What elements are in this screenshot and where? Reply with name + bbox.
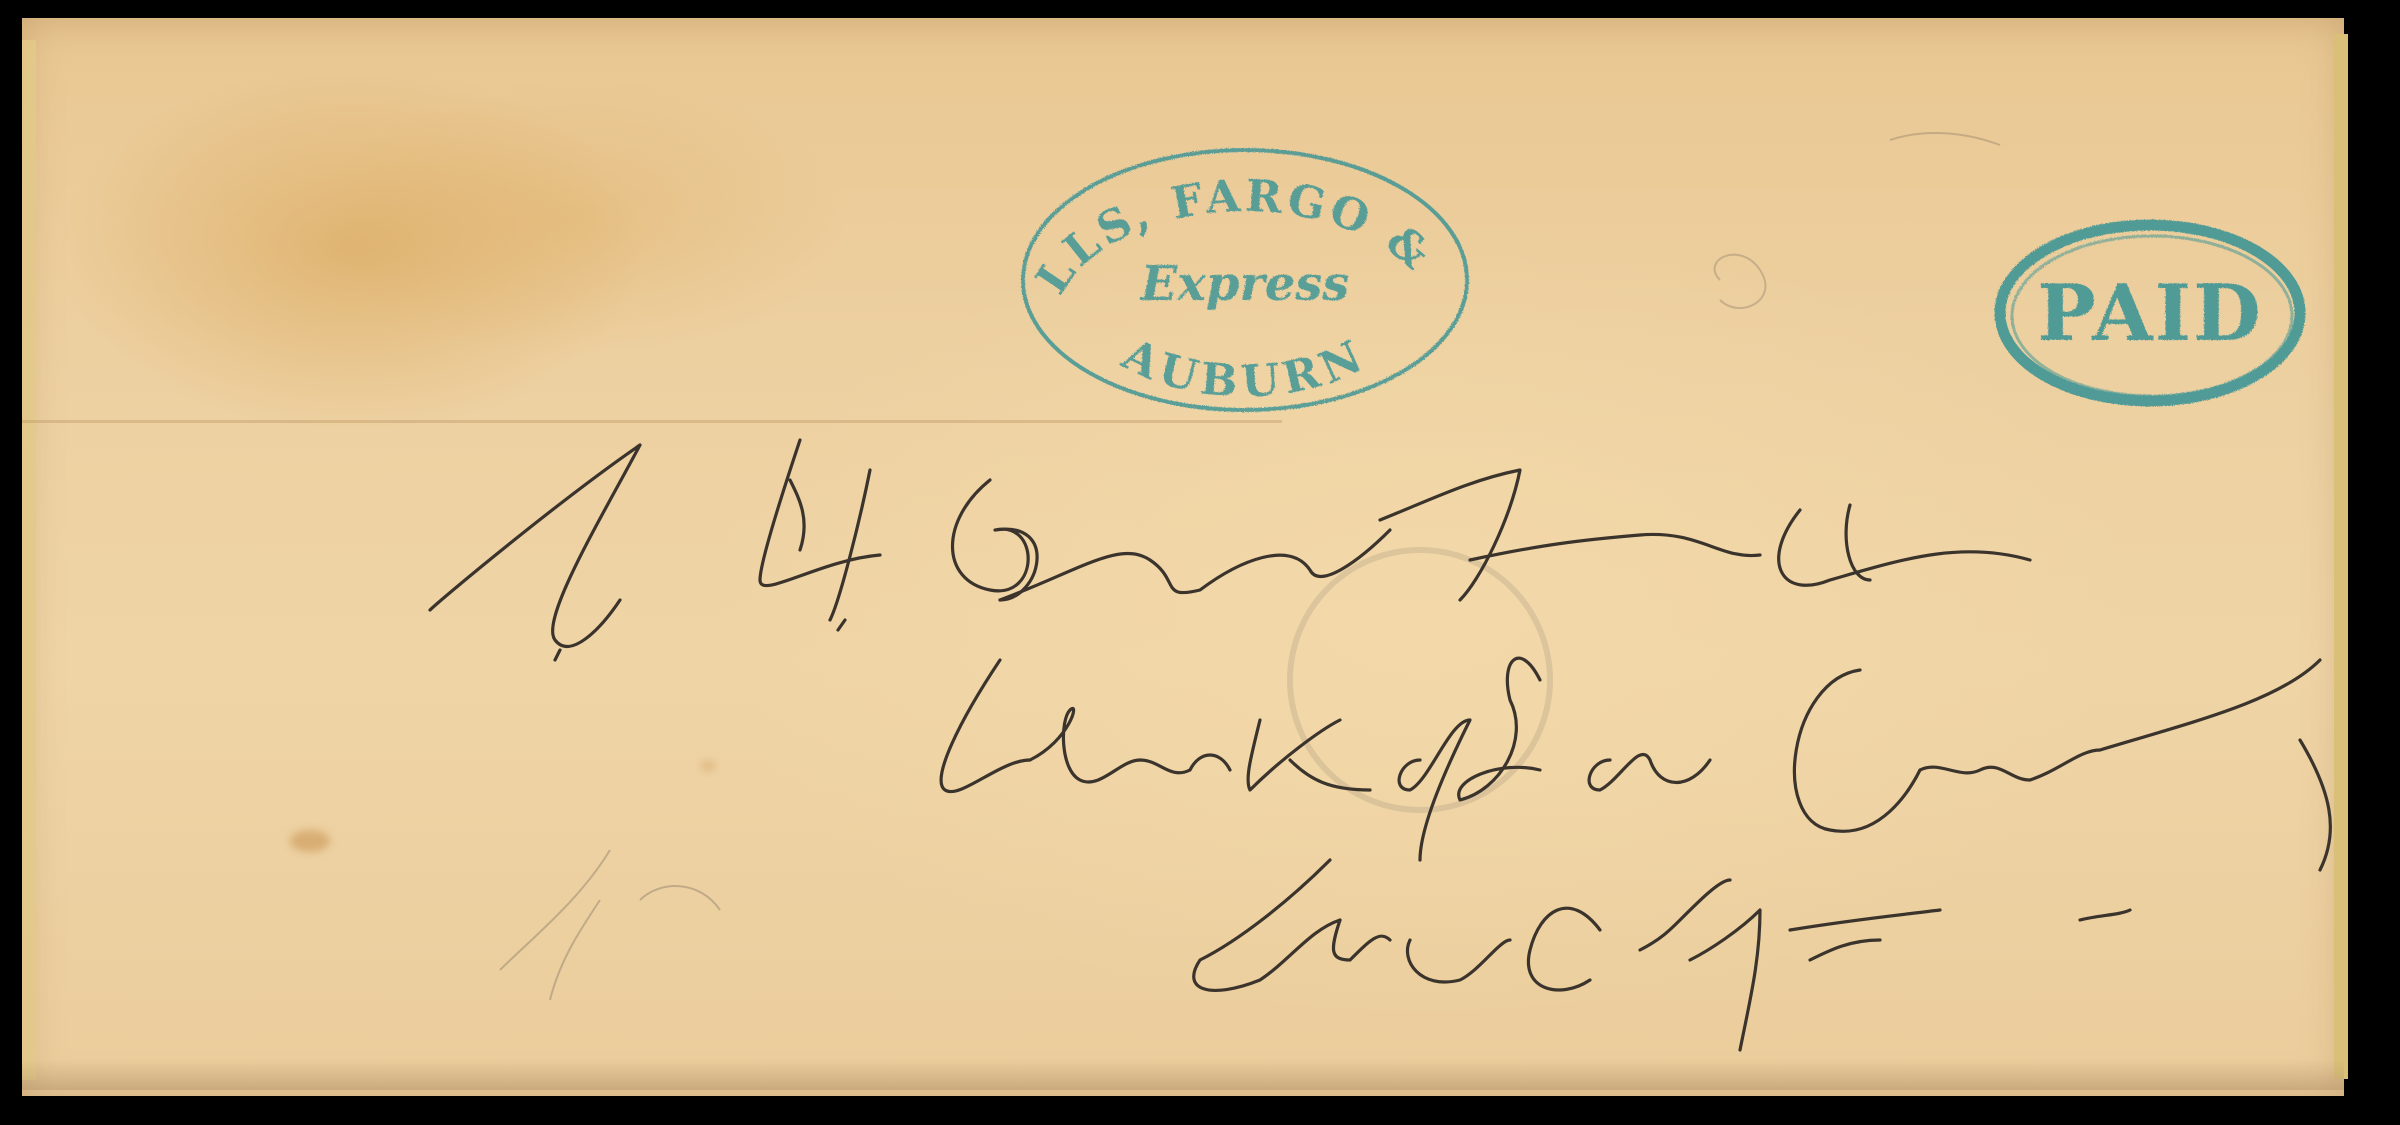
ghost-postmark: [1290, 550, 1550, 810]
address-line-2-handwriting: [941, 658, 2330, 870]
envelope-photo: WELLS, FARGO & CO. Express AUBURN PAID: [0, 0, 2400, 1125]
envelope-markings: WELLS, FARGO & CO. Express AUBURN PAID: [0, 0, 2400, 1125]
paid-text: PAID: [2037, 268, 2263, 359]
handstamp-bottom-text: AUBURN: [1114, 329, 1375, 408]
address-line-1-handwriting: [430, 440, 2030, 660]
address-line-3-handwriting: [1194, 860, 2130, 1050]
paid-handstamp: PAID: [2000, 225, 2300, 401]
handstamp-middle-text: Express: [1139, 256, 1350, 312]
pencil-notation-upper-right: [1715, 133, 2000, 308]
wells-fargo-handstamp: WELLS, FARGO & CO. Express AUBURN: [0, 0, 1467, 410]
pencil-notation-lower-left: [500, 850, 720, 1000]
